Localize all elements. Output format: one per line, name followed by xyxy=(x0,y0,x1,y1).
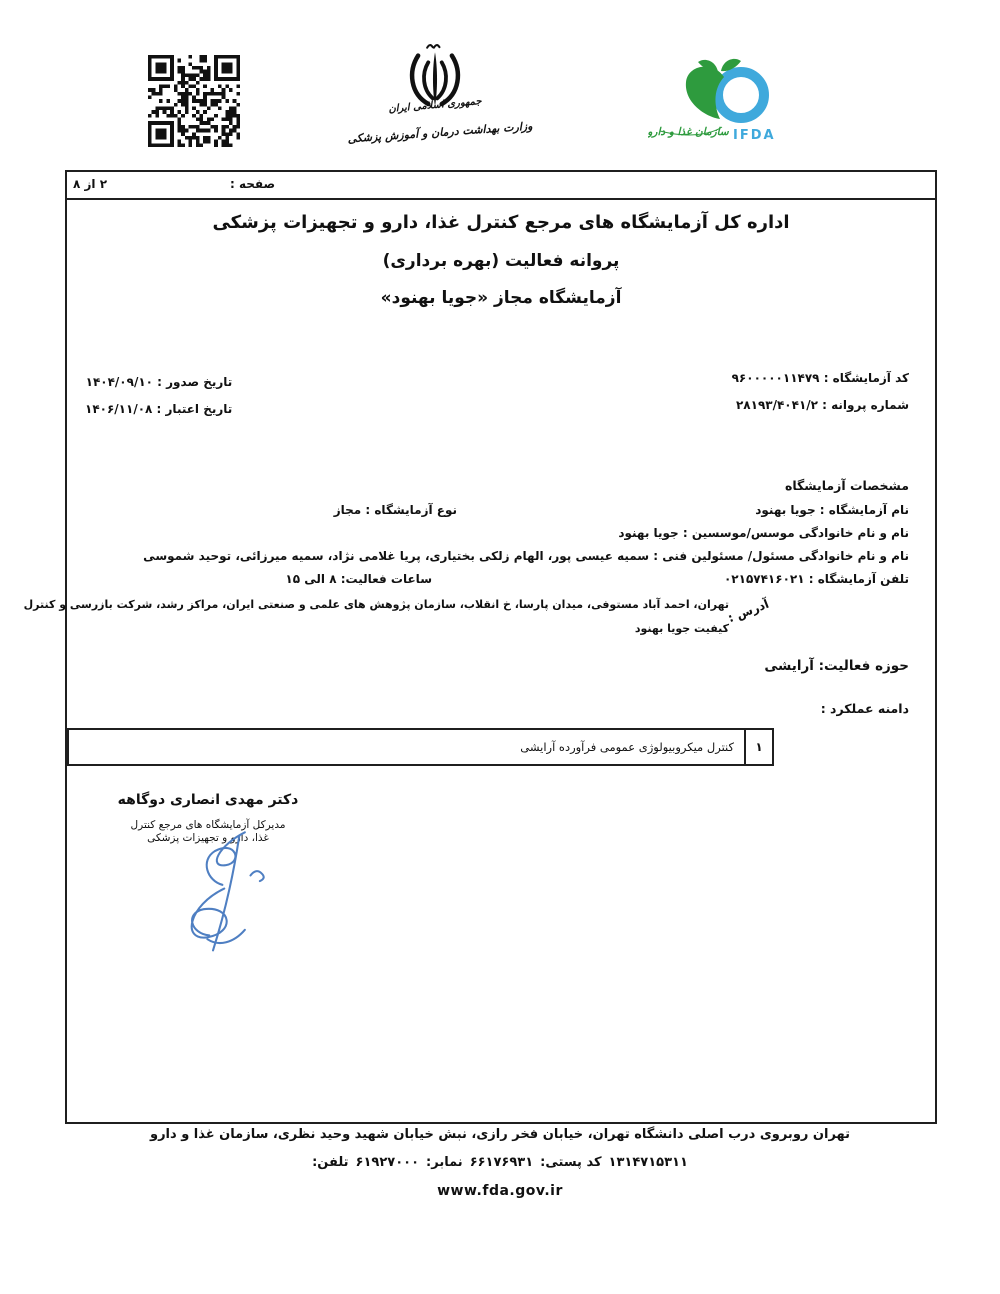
activity-field: حوزه فعالیت: آرایشی xyxy=(764,658,909,674)
page-value: ۲ از ۸ xyxy=(73,177,107,191)
technical-managers-label: نام و نام خانوادگی مسئول/ مسئولین فنی : xyxy=(653,549,909,563)
expiry-date-value: ۱۴۰۶/۱۱/۰۸ xyxy=(85,402,152,416)
page-number-bar: صفحه : ۲ از ۸ xyxy=(67,172,935,200)
license-number-label: شماره پروانه : xyxy=(822,398,909,412)
scope-row-description: کنترل میکروبیولوژی عمومی فرآورده آرایشی xyxy=(69,730,744,764)
dates-block: تاریخ صدور : ۱۴۰۴/۰۹/۱۰ تاریخ اعتبار : ۱… xyxy=(85,369,232,423)
codes-block: کد آزمایشگاه : ۹۶۰۰۰۰۰۱۱۴۷۹ شماره پروانه… xyxy=(732,365,909,419)
issue-date-value: ۱۴۰۴/۰۹/۱۰ xyxy=(86,375,153,389)
scope-row-number: ۱ xyxy=(744,730,772,764)
footer-address: تهران روبروی درب اصلی دانشگاه تهران، خیا… xyxy=(0,1127,1000,1142)
footer-phone-label: تلفن: xyxy=(312,1155,348,1170)
lab-code-row: کد آزمایشگاه : ۹۶۰۰۰۰۰۱۱۴۷۹ xyxy=(732,365,909,392)
technical-managers-value: سمیه عیسی پور، الهام زلکی بختیاری، پریا … xyxy=(143,549,649,563)
lab-phone-row: تلفن آزمایشگاه : ۰۲۱۵۷۴۱۶۰۲۱ xyxy=(724,572,909,586)
lab-name-label: نام آزمایشگاه : xyxy=(820,503,909,517)
license-body-frame: صفحه : ۲ از ۸ اداره کل آزمایشگاه های مرج… xyxy=(65,170,937,1124)
emblem-caption-ministry: وزارت بهداشت درمان و آموزش پزشکی xyxy=(325,118,555,147)
lab-name-value: جویا بهنود xyxy=(755,503,815,517)
specs-section-header: مشخصات آزمایشگاه xyxy=(785,478,909,493)
footer-postal-label: کد پستی: xyxy=(540,1155,601,1170)
scope-table: ۱ کنترل میکروبیولوژی عمومی فرآورده آرایش… xyxy=(67,728,774,766)
document-subtitle: پروانه فعالیت (بهره برداری) xyxy=(67,251,935,271)
page-label: صفحه : xyxy=(230,177,275,191)
license-document-page: جمهوری اسلامی ایران وزارت بهداشت درمان و… xyxy=(0,0,1000,1294)
ifda-org-fa-text: سازمان غذا و دارو xyxy=(648,126,730,138)
working-hours-label: ساعات فعالیت: xyxy=(341,572,432,586)
address-value: تهران، احمد آباد مستوفی، میدان پارسا، خ … xyxy=(69,593,729,641)
lab-code-value: ۹۶۰۰۰۰۰۱۱۴۷۹ xyxy=(732,371,820,385)
license-number-value: ۲۸۱۹۳/۴۰۴۱/۲ xyxy=(736,398,818,412)
lab-code-label: کد آزمایشگاه : xyxy=(824,371,909,385)
lab-name-row: نام آزمایشگاه : جویا بهنود xyxy=(755,503,909,517)
laboratory-title: آزمایشگاه مجاز «جویا بهنود» xyxy=(67,288,935,308)
working-hours-row: ساعات فعالیت: ۸ الی ۱۵ xyxy=(285,572,432,586)
qr-code xyxy=(148,55,240,147)
footer-website: www.fda.gov.ir xyxy=(0,1183,1000,1199)
lab-phone-value: ۰۲۱۵۷۴۱۶۰۲۱ xyxy=(724,572,805,586)
footer-contacts: تلفن: ۶۱۹۲۷۰۰۰ نمابر: ۶۶۱۷۶۹۳۱ کد پستی: … xyxy=(0,1155,1000,1170)
signature-scribble xyxy=(153,817,303,962)
license-number-row: شماره پروانه : ۲۸۱۹۳/۴۰۴۱/۲ xyxy=(732,392,909,419)
address-label: آدرس : xyxy=(726,597,771,625)
expiry-date-label: تاریخ اعتبار : xyxy=(157,402,233,416)
footer-postal-value: ۱۳۱۴۷۱۵۳۱۱ xyxy=(609,1155,688,1170)
scope-label: دامنه عملکرد : xyxy=(821,701,909,716)
address-line-2: کیفیت جویا بهنود xyxy=(69,617,729,641)
lab-type-row: نوع آزمایشگاه : مجاز xyxy=(334,503,457,517)
lab-phone-label: تلفن آزمایشگاه : xyxy=(809,572,909,586)
signer-name: دکتر مهدی انصاری دوگاهه xyxy=(93,792,323,808)
expiry-date-row: تاریخ اعتبار : ۱۴۰۶/۱۱/۰۸ xyxy=(85,396,232,423)
issue-date-row: تاریخ صدور : ۱۴۰۴/۰۹/۱۰ xyxy=(85,369,232,396)
ifda-acronym-text: IFDA xyxy=(733,128,776,143)
lab-type-label: نوع آزمایشگاه : xyxy=(365,503,457,517)
ifda-logo: IFDA سازمان غذا و دارو xyxy=(648,55,813,155)
founder-value: جویا بهنود xyxy=(618,526,678,540)
footer-fax-value: ۶۶۱۷۶۹۳۱ xyxy=(470,1155,533,1170)
technical-managers-row: نام و نام خانوادگی مسئول/ مسئولین فنی : … xyxy=(143,549,909,563)
address-line-1: تهران، احمد آباد مستوفی، میدان پارسا، خ … xyxy=(69,593,729,617)
lab-type-value: مجاز xyxy=(334,503,362,517)
document-title: اداره کل آزمایشگاه های مرجع کنترل غذا، د… xyxy=(67,212,935,233)
footer-fax-label: نمابر: xyxy=(426,1155,463,1170)
founder-row: نام و نام خانوادگی موسس/موسسین : جویا به… xyxy=(618,526,909,540)
working-hours-value: ۸ الی ۱۵ xyxy=(285,572,336,586)
issue-date-label: تاریخ صدور : xyxy=(157,375,232,389)
founder-label: نام و نام خانوادگی موسس/موسسین : xyxy=(683,526,909,540)
footer-phone-value: ۶۱۹۲۷۰۰۰ xyxy=(356,1155,419,1170)
